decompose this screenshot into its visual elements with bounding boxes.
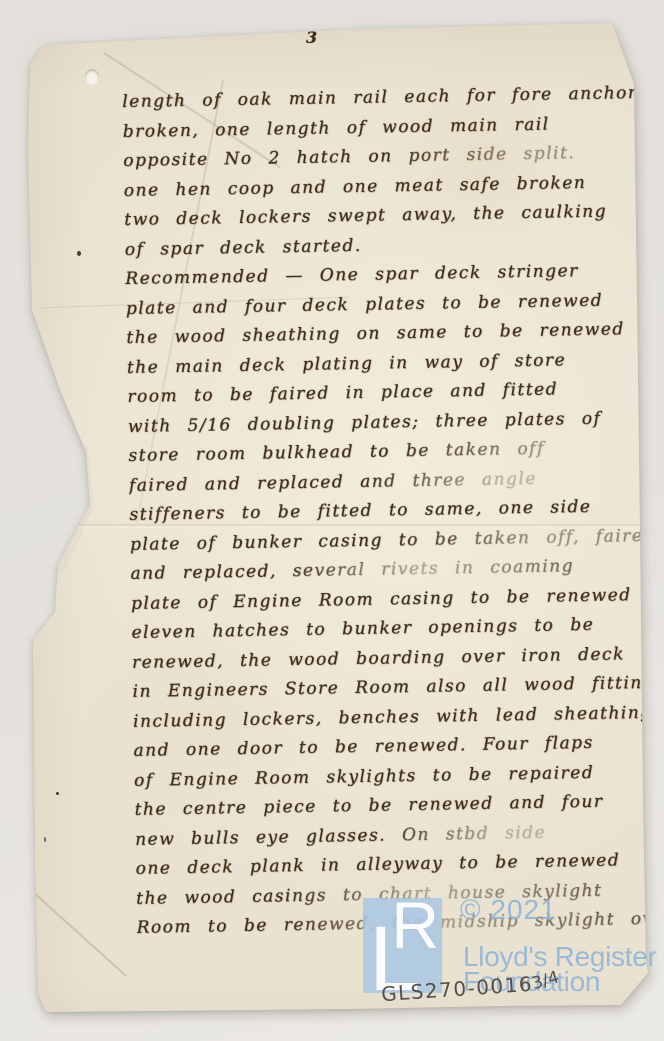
- handwriting-block: length of oak main rail each for fore an…: [122, 79, 662, 944]
- torn-edge-flap: [24, 444, 96, 584]
- crease-line: [33, 892, 126, 976]
- ink-speck: [77, 251, 81, 256]
- pencil-mark: [44, 837, 46, 842]
- catalog-page-fraction: 3/4: [530, 967, 562, 994]
- ink-speck: [56, 792, 59, 795]
- paper-sheet: 3 length of oak main rail each for fore …: [0, 0, 664, 1041]
- page-number: 3: [306, 28, 317, 47]
- paper-shadow-wrap: 3 length of oak main rail each for fore …: [0, 0, 664, 1041]
- punch-hole: [85, 69, 99, 85]
- scan-background: 3 length of oak main rail each for fore …: [0, 0, 664, 1041]
